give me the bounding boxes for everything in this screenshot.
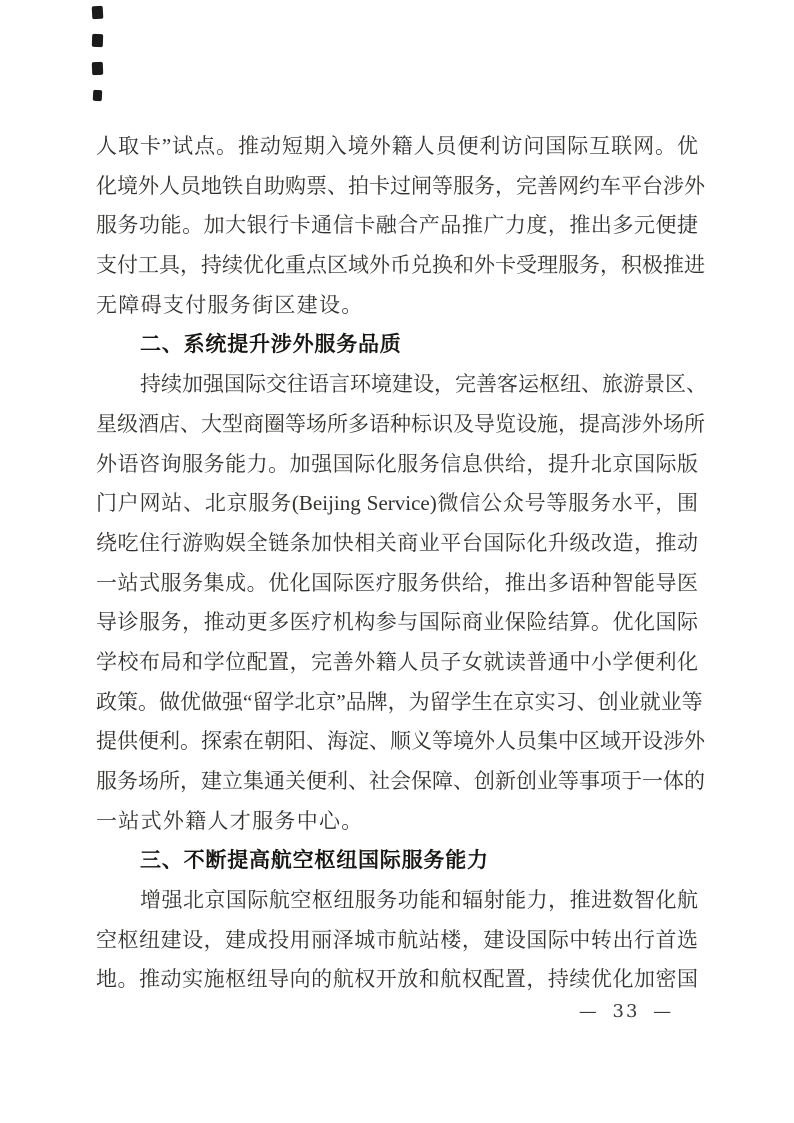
paragraph-last-line: 一站式外籍人才服务中心。 — [96, 802, 698, 842]
body-text-line: 学校布局和学位配置，完善外籍人员子女就读普通中小学便利化 — [96, 643, 698, 683]
text-block: 人取卡”试点。推动短期入境外籍人员便利访问国际互联网。优 化境外人员地铁自助购票… — [96, 127, 698, 1000]
body-text-line: 提供便利。探索在朝阳、海淀、顺义等境外人员集中区域开设涉外 — [96, 722, 698, 762]
body-text-line: 地。推动实施枢纽导向的航权开放和航权配置，持续优化加密国 — [96, 960, 698, 1000]
body-text-line: 支付工具，持续优化重点区域外币兑换和外卡受理服务，积极推进 — [96, 246, 698, 286]
paragraph-last-line: 无障碍支付服务街区建设。 — [96, 286, 698, 326]
body-text-line: 空枢纽建设，建成投用丽泽城市航站楼，建设国际中转出行首选 — [96, 921, 698, 961]
scan-artifact-mark — [93, 90, 103, 101]
section-heading-3: 三、不断提高航空枢纽国际服务能力 — [96, 841, 698, 881]
body-text-line: 星级酒店、大型商圈等场所多语种标识及导览设施，提高涉外场所 — [96, 405, 698, 445]
page-number: — 33 — — [556, 998, 696, 1026]
body-text-line: 门户网站、北京服务(Beijing Service)微信公众号等服务水平，围 — [96, 484, 698, 524]
body-text-line: 导诊服务，推动更多医疗机构参与国际商业保险结算。优化国际 — [96, 603, 698, 643]
body-text-line: 外语咨询服务能力。加强国际化服务信息供给，提升北京国际版 — [96, 445, 698, 485]
body-text-line: 人取卡”试点。推动短期入境外籍人员便利访问国际互联网。优 — [96, 127, 698, 167]
scan-artifact-mark — [92, 62, 103, 75]
body-text-line: 政策。做优做强“留学北京”品牌，为留学生在京实习、创业就业等 — [96, 683, 698, 723]
paragraph-first-line: 持续加强国际交往语言环境建设，完善客运枢纽、旅游景区、 — [96, 365, 698, 405]
paragraph-first-line: 增强北京国际航空枢纽服务功能和辐射能力，推进数智化航 — [96, 881, 698, 921]
document-page: 人取卡”试点。推动短期入境外籍人员便利访问国际互联网。优 化境外人员地铁自助购票… — [0, 0, 794, 1123]
scan-artifact-mark — [92, 34, 103, 47]
scan-artifact-mark — [92, 6, 104, 20]
body-text-line: 一站式服务集成。优化国际医疗服务供给，推出多语种智能导医 — [96, 564, 698, 604]
body-text-line: 服务功能。加大银行卡通信卡融合产品推广力度，推出多元便捷 — [96, 206, 698, 246]
body-text-line: 服务场所，建立集通关便利、社会保障、创新创业等事项于一体的 — [96, 762, 698, 802]
body-text-line: 绕吃住行游购娱全链条加快相关商业平台国际化升级改造，推动 — [96, 524, 698, 564]
section-heading-2: 二、系统提升涉外服务品质 — [96, 325, 698, 365]
body-text-line: 化境外人员地铁自助购票、拍卡过闸等服务，完善网约车平台涉外 — [96, 167, 698, 207]
